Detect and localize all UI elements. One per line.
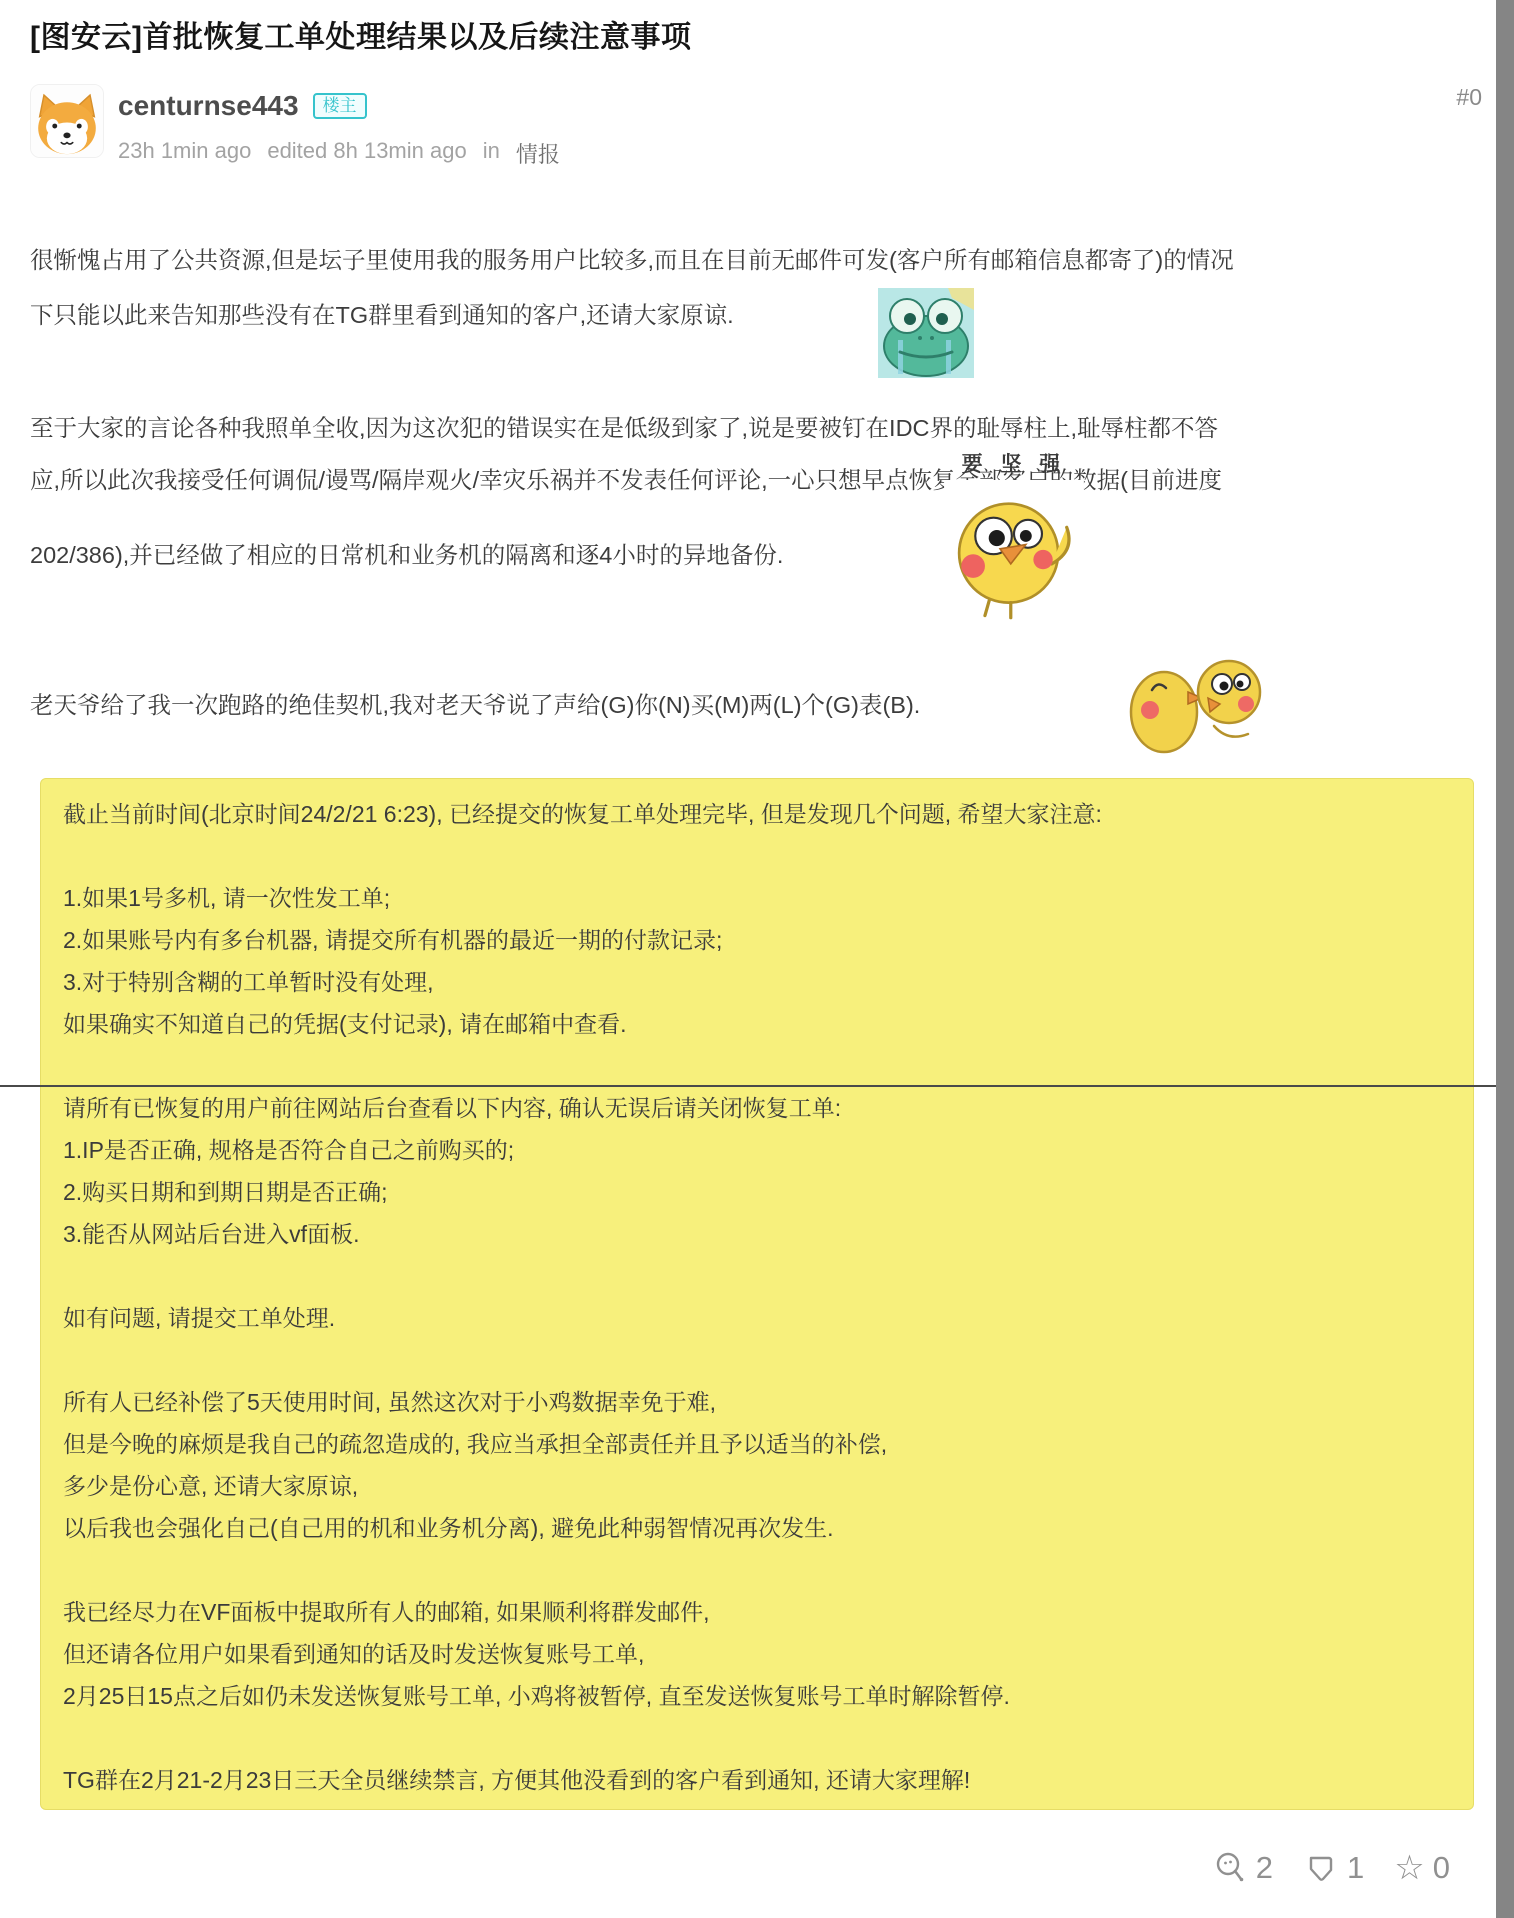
post-time: 23h 1min ago bbox=[118, 138, 251, 169]
forum-post-page: [图安云]首批恢复工单处理结果以及后续注意事项 centurnse443 楼主 … bbox=[0, 0, 1514, 1918]
notice-line: 1.IP是否正确, 规格是否符合自己之前购买的; bbox=[63, 1129, 1451, 1171]
body-line: 老天爷给了我一次跑路的绝佳契机,我对老天爷说了声给(G)你(N)买(M)两(L)… bbox=[30, 683, 1280, 727]
sticker-caption: 要 坚 强 bbox=[943, 450, 1085, 480]
author-username[interactable]: centurnse443 bbox=[118, 90, 299, 122]
avatar[interactable] bbox=[30, 84, 104, 158]
crying-frog-sticker bbox=[878, 288, 974, 378]
notice-spacer bbox=[63, 1045, 1451, 1087]
notice-line: 但还请各位用户如果看到通知的话及时发送恢复账号工单, bbox=[63, 1633, 1451, 1675]
star-count: 0 bbox=[1433, 1850, 1450, 1886]
notice-line: 如有问题, 请提交工单处理. bbox=[63, 1297, 1451, 1339]
page-split-divider bbox=[0, 1085, 1514, 1087]
notice-line: 3.对于特别含糊的工单暂时没有处理, bbox=[63, 961, 1451, 1003]
upvote-count: 2 bbox=[1256, 1850, 1273, 1886]
downvote-icon[interactable] bbox=[1303, 1850, 1339, 1886]
post-number: #0 bbox=[1456, 84, 1482, 111]
notice-spacer bbox=[63, 1339, 1451, 1381]
chicken-leg-icon[interactable] bbox=[1212, 1850, 1248, 1886]
notice-line: 所有人已经补偿了5天使用时间, 虽然这次对于小鸡数据幸免于难, bbox=[63, 1381, 1451, 1423]
scrollbar[interactable] bbox=[1496, 0, 1514, 1918]
kissing-chicks-sticker bbox=[1122, 648, 1272, 760]
notice-spacer bbox=[63, 1255, 1451, 1297]
notice-line: 以后我也会强化自己(自己用的机和业务机分离), 避免此种弱智情况再次发生. bbox=[63, 1507, 1451, 1549]
notice-line: 我已经尽力在VF面板中提取所有人的邮箱, 如果顺利将群发邮件, bbox=[63, 1591, 1451, 1633]
body-line: 下只能以此来告知那些没有在TG群里看到通知的客户,还请大家原谅. bbox=[30, 293, 1280, 337]
upvote-action[interactable]: 2 bbox=[1212, 1850, 1273, 1886]
in-label: in bbox=[483, 138, 500, 169]
notice-line: 2月25日15点之后如仍未发送恢复账号工单, 小鸡将被暂停, 直至发送恢复账号工… bbox=[63, 1675, 1451, 1717]
shiba-avatar-image bbox=[31, 85, 103, 157]
body-line: 至于大家的言论各种我照单全收,因为这次犯的错误实在是低级到家了,说是要被钉在ID… bbox=[30, 406, 1280, 450]
author-row: centurnse443 楼主 bbox=[118, 90, 367, 122]
downvote-count: 1 bbox=[1347, 1850, 1364, 1886]
post-meta: 23h 1min ago edited 8h 13min ago in 情报 bbox=[118, 138, 576, 169]
post-edited-time: edited 8h 13min ago bbox=[267, 138, 466, 169]
notice-spacer bbox=[63, 1549, 1451, 1591]
category-link[interactable]: 情报 bbox=[516, 138, 560, 169]
notice-line: 如果确实不知道自己的凭据(支付记录), 请在邮箱中查看. bbox=[63, 1003, 1451, 1045]
body-line: 应,所以此次我接受任何调侃/谩骂/隔岸观火/幸灾乐祸并不发表任何评论,一心只想早… bbox=[30, 458, 1280, 502]
notice-line: 2.如果账号内有多台机器, 请提交所有机器的最近一期的付款记录; bbox=[63, 919, 1451, 961]
post-actions: 2 1 ☆ 0 bbox=[1182, 1850, 1450, 1886]
notice-line: 1.如果1号多机, 请一次性发工单; bbox=[63, 877, 1451, 919]
page-title: [图安云]首批恢复工单处理结果以及后续注意事项 bbox=[30, 12, 1450, 56]
body-line: 202/386),并已经做了相应的日常机和业务机的隔离和逐4小时的异地备份. bbox=[30, 533, 1280, 577]
notice-line: TG群在2月21-2月23日三天全员继续禁言, 方便其他没看到的客户看到通知, … bbox=[63, 1759, 1451, 1801]
be-strong-chick-sticker: 要 坚 强 bbox=[943, 450, 1085, 622]
star-action[interactable]: ☆ 0 bbox=[1394, 1850, 1450, 1886]
notice-line: 但是今晚的麻烦是我自己的疏忽造成的, 我应当承担全部责任并且予以适当的补偿, bbox=[63, 1423, 1451, 1465]
op-badge: 楼主 bbox=[313, 93, 367, 120]
notice-line: 请所有已恢复的用户前往网站后台查看以下内容, 确认无误后请关闭恢复工单: bbox=[63, 1087, 1451, 1129]
notice-line: 多少是份心意, 还请大家原谅, bbox=[63, 1465, 1451, 1507]
notice-box: 截止当前时间(北京时间24/2/21 6:23), 已经提交的恢复工单处理完毕,… bbox=[40, 778, 1474, 1810]
notice-spacer bbox=[63, 835, 1451, 877]
downvote-action[interactable]: 1 bbox=[1303, 1850, 1364, 1886]
star-icon[interactable]: ☆ bbox=[1394, 1850, 1424, 1886]
notice-line: 2.购买日期和到期日期是否正确; bbox=[63, 1171, 1451, 1213]
body-line: 很惭愧占用了公共资源,但是坛子里使用我的服务用户比较多,而且在目前无邮件可发(客… bbox=[30, 238, 1280, 282]
notice-spacer bbox=[63, 1717, 1451, 1759]
notice-line: 3.能否从网站后台进入vf面板. bbox=[63, 1213, 1451, 1255]
notice-line: 截止当前时间(北京时间24/2/21 6:23), 已经提交的恢复工单处理完毕,… bbox=[63, 793, 1451, 835]
